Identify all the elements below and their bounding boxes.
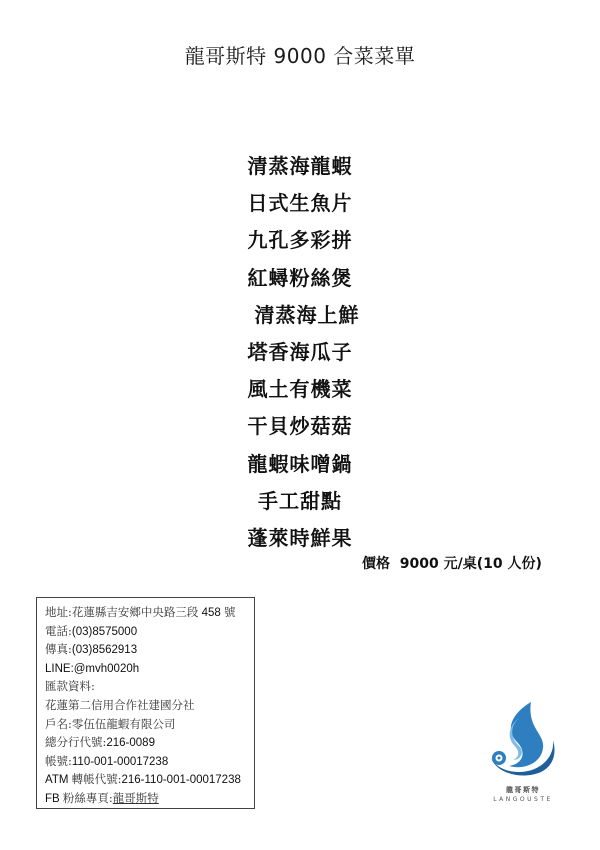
menu-item: 日式生魚片 bbox=[0, 185, 600, 222]
account-number-value: 110-001-00017238 bbox=[72, 756, 168, 768]
account-name: 戶名:零伍伍龍蝦有限公司 bbox=[45, 717, 175, 731]
menu-list: 清蒸海龍蝦 日式生魚片 九孔多彩拼 紅蟳粉絲煲 清蒸海上鮮 塔香海瓜子 風土有機… bbox=[0, 148, 600, 557]
page-title: 龍哥斯特 9000 合菜菜單 bbox=[0, 40, 600, 69]
fax-label: 傳真: bbox=[45, 642, 72, 656]
phone-label: 電話: bbox=[45, 624, 72, 638]
fb-prefix: FB bbox=[45, 793, 63, 805]
line-id-value: LINE:@mvh0020h bbox=[45, 663, 139, 675]
account-name-line: 戶名:零伍伍龍蝦有限公司 bbox=[45, 715, 254, 734]
menu-item: 風土有機菜 bbox=[0, 371, 600, 408]
brand-logo: 龍哥斯特 LANGOUSTE bbox=[478, 700, 568, 810]
fb-page-link[interactable]: 龍哥斯特 bbox=[113, 791, 159, 805]
phone-value: (03)8575000 bbox=[72, 626, 137, 638]
menu-item: 紅蟳粉絲煲 bbox=[0, 260, 600, 297]
atm-code-label: 轉帳代號: bbox=[72, 772, 122, 786]
account-number-label: 帳號: bbox=[45, 754, 72, 768]
contact-info-box: 地址:花蓮縣吉安鄉中央路三段 458 號 電話:(03)8575000 傳真:(… bbox=[36, 597, 255, 809]
fb-page-line: FB 粉絲專頁:龍哥斯特 bbox=[45, 789, 254, 808]
fax-value: (03)8562913 bbox=[72, 644, 137, 656]
bank-name-line: 花蓮第二信用合作社建國分社 bbox=[45, 696, 254, 715]
menu-item: 清蒸海上鮮 bbox=[0, 297, 600, 334]
atm-code-value: 216-110-001-00017238 bbox=[122, 774, 241, 786]
menu-item: 清蒸海龍蝦 bbox=[0, 148, 600, 185]
atm-prefix: ATM bbox=[45, 774, 72, 786]
address-number: 458 bbox=[198, 607, 224, 619]
address-suffix: 號 bbox=[224, 605, 236, 619]
branch-code-value: 216-0089 bbox=[106, 737, 155, 749]
menu-item: 手工甜點 bbox=[0, 483, 600, 520]
branch-code-label: 總分行代號: bbox=[45, 735, 106, 749]
fb-page-label: 粉絲專頁: bbox=[63, 791, 113, 805]
fax-line: 傳真:(03)8562913 bbox=[45, 640, 254, 659]
menu-item: 塔香海瓜子 bbox=[0, 334, 600, 371]
menu-item: 干貝炒菇菇 bbox=[0, 408, 600, 445]
address-line: 地址:花蓮縣吉安鄉中央路三段 458 號 bbox=[45, 603, 254, 622]
menu-item: 蓬萊時鮮果 bbox=[0, 520, 600, 557]
account-number-line: 帳號:110-001-00017238 bbox=[45, 752, 254, 771]
logo-chinese-name: 龍哥斯特 bbox=[478, 785, 568, 795]
remittance-label: 匯款資料: bbox=[45, 679, 95, 693]
atm-code-line: ATM 轉帳代號:216-110-001-00017238 bbox=[45, 770, 254, 789]
menu-item: 九孔多彩拼 bbox=[0, 222, 600, 259]
line-id-line: LINE:@mvh0020h bbox=[45, 659, 254, 678]
menu-item: 龍蝦味噌鍋 bbox=[0, 446, 600, 483]
wave-flame-logo-icon bbox=[483, 700, 563, 782]
phone-line: 電話:(03)8575000 bbox=[45, 622, 254, 641]
price-line: 價格 9000 元/桌(10 人份) bbox=[362, 553, 542, 573]
branch-code-line: 總分行代號:216-0089 bbox=[45, 733, 254, 752]
address-label: 地址:花蓮縣吉安鄉中央路三段 bbox=[45, 605, 198, 619]
logo-english-name: LANGOUSTE bbox=[478, 796, 568, 803]
bank-name: 花蓮第二信用合作社建國分社 bbox=[45, 698, 195, 712]
remittance-label-line: 匯款資料: bbox=[45, 677, 254, 696]
